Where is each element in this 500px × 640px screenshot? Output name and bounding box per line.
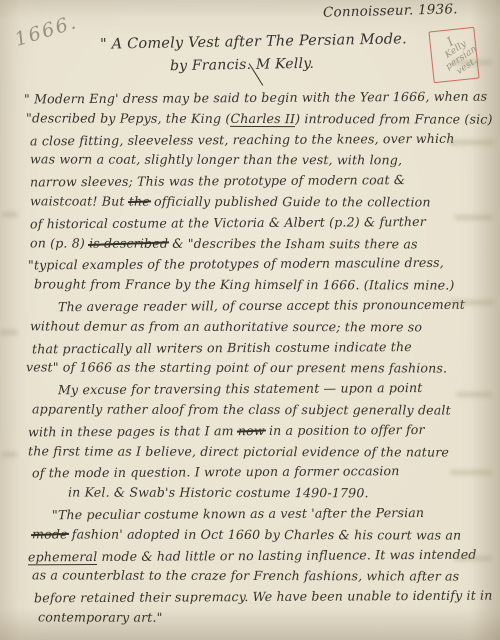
bleed-through-smudge [452, 60, 492, 65]
manuscript-line: that practically all writers on British … [24, 338, 490, 362]
manuscript-line: the first time as I believe, direct pict… [24, 443, 490, 465]
manuscript-line: My excuse for traversing this statement … [24, 380, 490, 404]
manuscript-line: was worn a coat, slightly longer than th… [24, 152, 490, 174]
manuscript-line: " Modern Eng' dress may be said to begin… [24, 89, 490, 113]
manuscript-line: on (p. 8) is described & "describes the … [24, 235, 490, 257]
manuscript-line: ephemeral mode & had little or no lastin… [24, 546, 490, 570]
manuscript-body: " Modern Eng' dress may be said to begin… [24, 90, 490, 631]
bleed-through-smudge [455, 215, 493, 220]
manuscript-line: of historical costume at the Victoria & … [24, 213, 490, 237]
bleed-through-smudge [2, 452, 17, 457]
bleed-through-smudge [448, 140, 494, 145]
manuscript-line: vest" of 1666 as the starting point of o… [24, 360, 490, 382]
manuscript-line: apparently rather aloof from the class o… [24, 401, 490, 423]
bleed-through-smudge [454, 556, 492, 561]
bleed-through-smudge [450, 300, 494, 305]
bleed-through-smudge [450, 470, 492, 475]
manuscript-line: as a counterblast to the craze for Frenc… [24, 568, 490, 590]
manuscript-line: of the mode in question. I wrote upon a … [24, 463, 490, 487]
manuscript-line: "The peculiar costume known as a vest 'a… [24, 505, 490, 529]
manuscript-line: before retained their supremacy. We have… [24, 588, 490, 612]
manuscript-line: The average reader will, of course accep… [24, 297, 490, 321]
bleed-through-smudge [0, 330, 18, 335]
manuscript-line: "described by Pepys, the King (Charles I… [24, 110, 490, 132]
manuscript-line: with in these pages is that I am now in … [24, 421, 490, 445]
manuscript-line: brought from France by the King himself … [24, 277, 490, 299]
manuscript-line: mode fashion' adopted in Oct 1660 by Cha… [24, 526, 490, 548]
manuscript-line: in Kel. & Swab's Historic costume 1490-1… [24, 485, 490, 507]
manuscript-line: contemporary art." [24, 609, 490, 631]
manuscript-line: "typical examples of the prototypes of m… [24, 255, 490, 279]
manuscript-line: a close fitting, sleeveless vest, reachi… [24, 130, 490, 154]
manuscript-line: narrow sleeves; This was the prototype o… [24, 172, 490, 196]
manuscript-line: waistcoat! But the officially published … [24, 193, 490, 215]
bleed-through-smudge [2, 212, 18, 217]
manuscript-line: without demur as from an authoritative s… [24, 318, 490, 340]
bleed-through-smudge [456, 392, 492, 397]
manuscript-byline: by Francis. M Kelly. [170, 56, 314, 75]
